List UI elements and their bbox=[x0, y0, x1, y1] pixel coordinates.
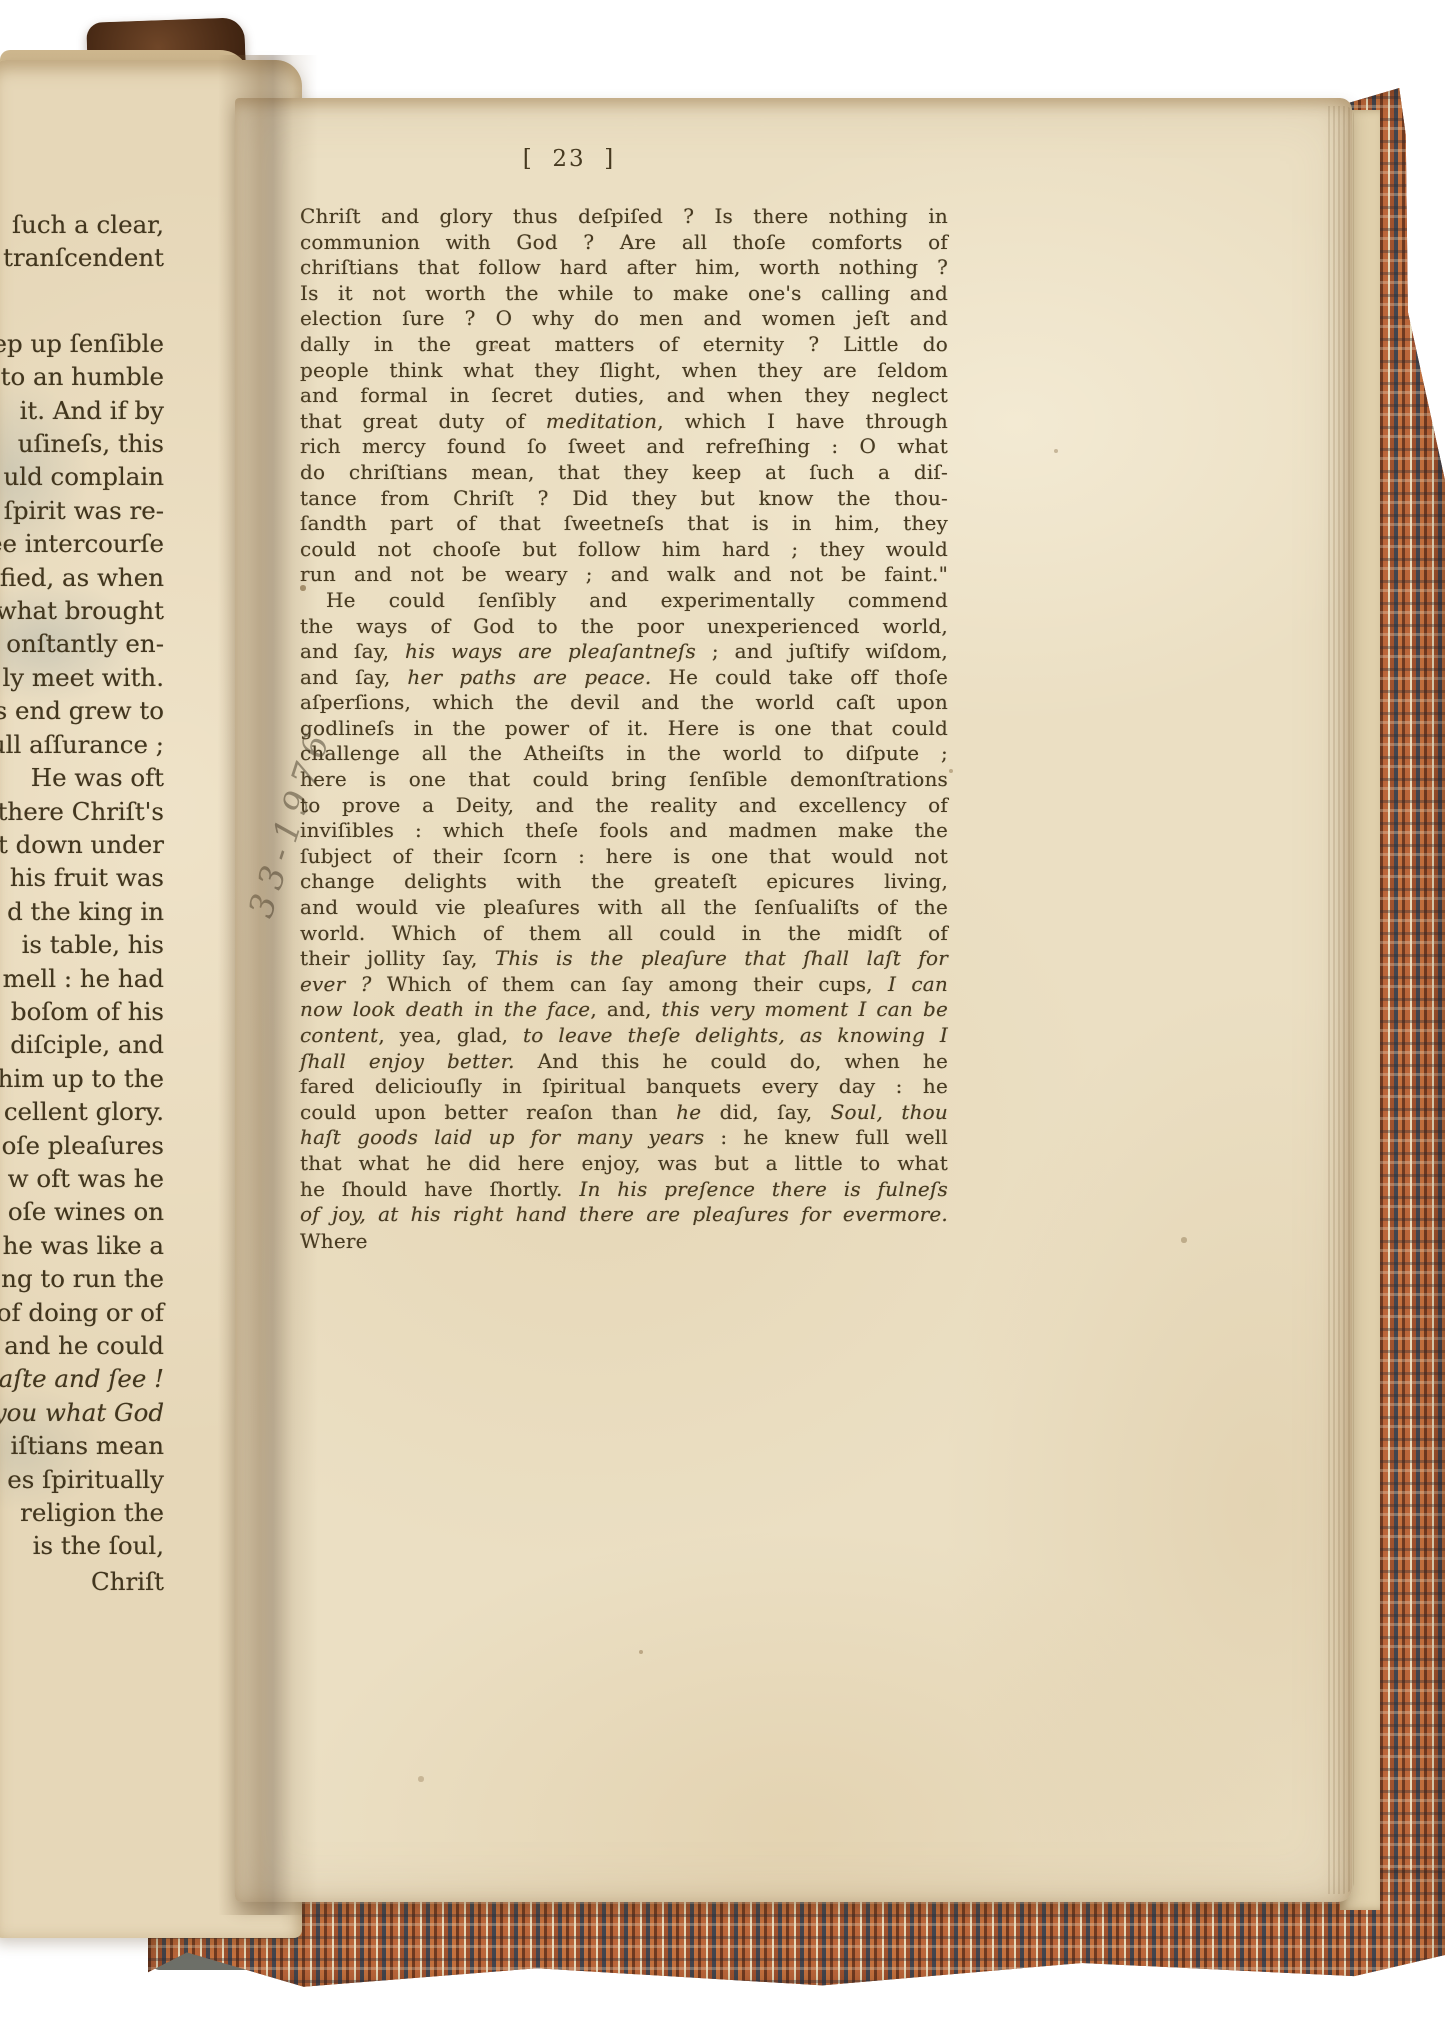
text-line: fared deliciouſly in ſpiritual banquets … bbox=[300, 1074, 948, 1100]
text-line: the ways of God to the poor unexperience… bbox=[300, 614, 948, 640]
text-line: fied, as when bbox=[0, 561, 164, 594]
text-line: onſtantly en- bbox=[0, 627, 164, 660]
text-line: diſciple, and bbox=[0, 1028, 164, 1061]
text-line: ſhall enjoy better. And this he could do… bbox=[300, 1049, 948, 1075]
text-line: could upon better reaſon than he did, ſa… bbox=[300, 1100, 948, 1126]
text-line: and ſay, his ways are pleaſantneſs ; and… bbox=[300, 639, 948, 665]
text-line: that great duty of meditation, which I h… bbox=[300, 409, 948, 435]
text-line: his fruit was bbox=[0, 861, 164, 894]
fore-edge bbox=[1328, 106, 1354, 1894]
text-line: chriſtians that follow hard after him, w… bbox=[300, 255, 948, 281]
text-line: inviſibles : which theſe fools and madme… bbox=[300, 818, 948, 844]
text-line: and would vie pleaſures with all the ſen… bbox=[300, 895, 948, 921]
text-line: of doing or of bbox=[0, 1296, 164, 1329]
text-line: change delights with the greateſt epicur… bbox=[300, 869, 948, 895]
text-line: and formal in ſecret duties, and when th… bbox=[300, 383, 948, 409]
text-line: election ſure ? O why do men and women j… bbox=[300, 306, 948, 332]
text-line: godlineſs in the power of it. Here is on… bbox=[300, 716, 948, 742]
text-line: ſpirit was re- bbox=[0, 494, 164, 527]
main-page: [ 23 ] 33-1976 Chriſt and glory thus deſ… bbox=[235, 98, 1352, 1902]
text-line: their jollity ſay, This is the pleaſure … bbox=[300, 946, 948, 972]
text-line: of joy, at his right hand there are plea… bbox=[300, 1202, 948, 1228]
text-line: it. And if by bbox=[0, 394, 164, 427]
text-line: you what God bbox=[0, 1396, 164, 1429]
text-line: ep up ſenſible bbox=[0, 327, 164, 360]
text-line: people think what they ſlight, when they… bbox=[300, 358, 948, 384]
page-number: [ 23 ] bbox=[245, 146, 893, 172]
catchword: Chriſt bbox=[0, 1565, 164, 1598]
text-line: aſperſions, which the devil and the worl… bbox=[300, 690, 948, 716]
text-line: ull aſſurance ; bbox=[0, 728, 164, 761]
book-photo: ſuch a clear,tranſcendentep up ſenſiblet… bbox=[0, 0, 1445, 2023]
text-line: t down under bbox=[0, 828, 164, 861]
text-line: taſte and ſee ! bbox=[0, 1362, 164, 1395]
text-line: is the ſoul, bbox=[0, 1529, 164, 1562]
text-line: that what he did here enjoy, was but a l… bbox=[300, 1151, 948, 1177]
text-line: what brought bbox=[0, 594, 164, 627]
text-line: tranſcendent bbox=[0, 241, 164, 274]
text-line: Is it not worth the while to make one's … bbox=[300, 281, 948, 307]
text-line: communion with God ? Are all thoſe comfo… bbox=[300, 230, 948, 256]
text-line: he ſhould have ſhortly. In his preſence … bbox=[300, 1177, 948, 1203]
text-line: uld complain bbox=[0, 460, 164, 493]
text-line: w oft was he bbox=[0, 1162, 164, 1195]
paragraph-gap bbox=[0, 275, 164, 327]
text-line: dally in the great matters of eternity ?… bbox=[300, 332, 948, 358]
text-line: d the king in bbox=[0, 895, 164, 928]
text-line: ſubject of their ſcorn : here is one tha… bbox=[300, 844, 948, 870]
text-line: and he could bbox=[0, 1329, 164, 1362]
text-line: es ſpiritually bbox=[0, 1463, 164, 1496]
text-line: ſandth part of that ſweetneſs that is in… bbox=[300, 511, 948, 537]
text-line: he was like a bbox=[0, 1229, 164, 1262]
text-line: cellent glory. bbox=[0, 1095, 164, 1128]
text-line: s end grew to bbox=[0, 694, 164, 727]
paper-specks bbox=[235, 98, 237, 100]
text-line: world. Which of them all could in the mi… bbox=[300, 921, 948, 947]
text-line: ly meet with. bbox=[0, 661, 164, 694]
catchword: Where bbox=[300, 1229, 948, 1255]
text-line: mell : he had bbox=[0, 962, 164, 995]
text-line: do chriſtians mean, that they keep at ſu… bbox=[300, 460, 948, 486]
text-line: and ſay, her paths are peace. He could t… bbox=[300, 665, 948, 691]
text-line: ng to run the bbox=[0, 1262, 164, 1295]
text-line: oſe wines on bbox=[0, 1195, 164, 1228]
main-text-column: Chriſt and glory thus deſpiſed ? Is ther… bbox=[300, 204, 948, 1254]
text-line: iſtians mean bbox=[0, 1429, 164, 1462]
text-line: tance from Chriſt ? Did they but know th… bbox=[300, 486, 948, 512]
text-line: challenge all the Atheiſts in the world … bbox=[300, 741, 948, 767]
text-line: here is one that could bring ſenſible de… bbox=[300, 767, 948, 793]
text-line: boſom of his bbox=[0, 995, 164, 1028]
text-line: could not chooſe but follow him hard ; t… bbox=[300, 537, 948, 563]
text-line: to an humble bbox=[0, 360, 164, 393]
text-line: ee intercourſe bbox=[0, 527, 164, 560]
text-line: religion the bbox=[0, 1496, 164, 1529]
text-line: content, yea, glad, to leave theſe delig… bbox=[300, 1023, 948, 1049]
text-line: him up to the bbox=[0, 1062, 164, 1095]
text-line: He could ſenſibly and experimentally com… bbox=[300, 588, 948, 614]
text-line: run and not be weary ; and walk and not … bbox=[300, 562, 948, 588]
text-line: rich mercy found ſo ſweet and refreſhing… bbox=[300, 434, 948, 460]
text-line: ever ? Which of them can ſay among their… bbox=[300, 972, 948, 998]
text-line: oſe pleaſures bbox=[0, 1129, 164, 1162]
text-line: there Chriſt's bbox=[0, 795, 164, 828]
text-line: He was oft bbox=[0, 761, 164, 794]
facing-page-text-column: ſuch a clear,tranſcendentep up ſenſiblet… bbox=[0, 208, 164, 1598]
text-line: ſuch a clear, bbox=[0, 208, 164, 241]
text-line: now look death in the face, and, this ve… bbox=[300, 997, 948, 1023]
text-line: is table, his bbox=[0, 928, 164, 961]
text-line: haſt goods laid up for many years : he k… bbox=[300, 1125, 948, 1151]
text-line: uſineſs, this bbox=[0, 427, 164, 460]
text-line: to prove a Deity, and the reality and ex… bbox=[300, 793, 948, 819]
text-line: Chriſt and glory thus deſpiſed ? Is ther… bbox=[300, 204, 948, 230]
